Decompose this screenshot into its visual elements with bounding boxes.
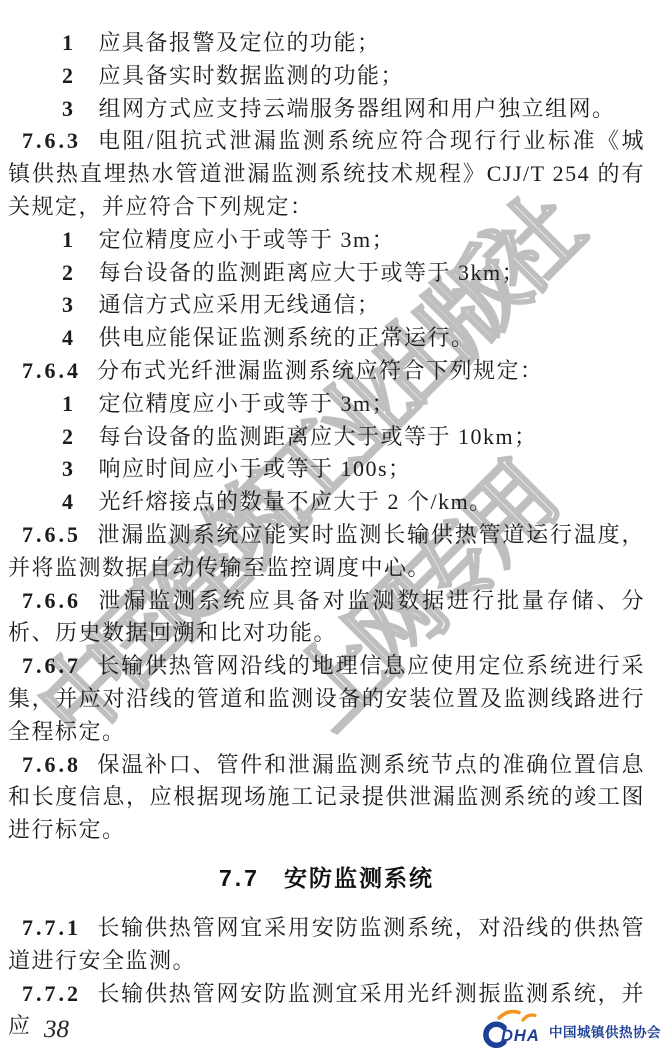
clause-paragraph: 7.6.5泄漏监测系统应能实时监测长输供热管道运行温度，并将监测数据自动传输至监… [8, 519, 645, 585]
item-number: 1 [62, 30, 75, 55]
list-item: 4供电应能保证监测系统的正常运行。 [8, 322, 645, 355]
paragraph-text: 分布式光纤泄漏监测系统应符合下列规定： [97, 358, 544, 383]
paragraph-text: 组网方式应支持云端服务器组网和用户独立组网。 [99, 96, 616, 121]
list-item: 4光纤熔接点的数量不应大于 2 个/km。 [8, 486, 645, 519]
list-item: 2每台设备的监测距离应大于或等于 10km； [8, 421, 645, 454]
clause-paragraph: 7.6.4分布式光纤泄漏监测系统应符合下列规定： [8, 355, 645, 388]
paragraph-text: 长输供热管网沿线的地理信息应使用定位系统进行采集，并应对沿线的管道和监测设备的安… [8, 653, 645, 744]
clause-number: 7.7.1 [22, 915, 81, 940]
item-number: 1 [62, 227, 75, 252]
association-logo: DHA 中国城镇供热协会 [481, 1008, 661, 1050]
paragraph-text: 应具备报警及定位的功能； [99, 30, 381, 55]
scanned-standard-page: { "watermarks": [ { "text": "中国建筑工业出版社" … [0, 0, 667, 1058]
list-item: 1定位精度应小于或等于 3m； [8, 224, 645, 257]
logo-signal-arc-large [499, 1012, 519, 1018]
clause-number: 7.6.6 [22, 588, 81, 613]
clause-number: 7.6.4 [22, 358, 81, 383]
paragraph-text: 保温补口、管件和泄漏监测系统节点的准确位置信息和长度信息，应根据现场施工记录提供… [8, 752, 645, 843]
section-title: 安防监测系统 [284, 865, 434, 891]
paragraph-text: 响应时间应小于或等于 100s； [99, 456, 412, 481]
clause-paragraph: 7.6.7长输供热管网沿线的地理信息应使用定位系统进行采集，并应对沿线的管道和监… [8, 650, 645, 748]
list-item: 1应具备报警及定位的功能； [8, 27, 645, 60]
clause-number: 7.6.8 [22, 752, 81, 777]
item-number: 4 [62, 489, 75, 514]
dha-logo-icon: DHA [481, 1008, 545, 1050]
section-number: 7.7 [219, 865, 260, 891]
clause-number: 7.6.5 [22, 522, 81, 547]
list-item: 3组网方式应支持云端服务器组网和用户独立组网。 [8, 93, 645, 126]
item-number: 2 [62, 63, 75, 88]
item-number: 1 [62, 391, 75, 416]
paragraph-text: 每台设备的监测距离应大于或等于 3km； [99, 260, 526, 285]
list-item: 2应具备实时数据监测的功能； [8, 60, 645, 93]
paragraph-text: 电阻/阻抗式泄漏监测系统应符合现行行业标准《城镇供热直埋热水管道泄漏监测系统技术… [8, 128, 645, 219]
paragraph-text: 每台设备的监测距离应大于或等于 10km； [99, 424, 538, 449]
paragraph-text: 光纤熔接点的数量不应大于 2 个/km。 [99, 489, 493, 514]
clause-number: 7.7.2 [22, 981, 81, 1006]
item-number: 3 [62, 96, 75, 121]
association-name: 中国城镇供热协会 [549, 1021, 661, 1050]
list-item: 1定位精度应小于或等于 3m； [8, 388, 645, 421]
clause-paragraph: 7.7.1长输供热管网宜采用安防监测系统，对沿线的供热管道进行安全监测。 [8, 912, 645, 978]
page-number: 38 [44, 1016, 69, 1044]
item-number: 4 [62, 325, 75, 350]
item-number: 3 [62, 292, 75, 317]
logo-acronym: DHA [501, 1027, 540, 1045]
document-body: 1应具备报警及定位的功能；2应具备实时数据监测的功能；3组网方式应支持云端服务器… [0, 0, 667, 1043]
paragraph-text: 长输供热管网宜采用安防监测系统，对沿线的供热管道进行安全监测。 [8, 915, 645, 973]
list-item: 3通信方式应采用无线通信； [8, 289, 645, 322]
clause-paragraph: 7.6.6泄漏监测系统应具备对监测数据进行批量存储、分析、历史数据回溯和比对功能… [8, 585, 645, 651]
paragraph-text: 泄漏监测系统应具备对监测数据进行批量存储、分析、历史数据回溯和比对功能。 [8, 588, 645, 646]
item-number: 2 [62, 424, 75, 449]
list-item: 2每台设备的监测距离应大于或等于 3km； [8, 257, 645, 290]
section-heading: 7.7安防监测系统 [8, 861, 645, 895]
paragraph-text: 定位精度应小于或等于 3m； [99, 391, 396, 416]
item-number: 3 [62, 456, 75, 481]
paragraph-text: 供电应能保证监测系统的正常运行。 [99, 325, 475, 350]
paragraph-text: 应具备实时数据监测的功能； [99, 63, 405, 88]
clause-number: 7.6.3 [22, 128, 81, 153]
item-number: 2 [62, 260, 75, 285]
clause-paragraph: 7.6.3电阻/阻抗式泄漏监测系统应符合现行行业标准《城镇供热直埋热水管道泄漏监… [8, 125, 645, 223]
clause-paragraph: 7.6.8保温补口、管件和泄漏监测系统节点的准确位置信息和长度信息，应根据现场施… [8, 749, 645, 847]
paragraph-text: 泄漏监测系统应能实时监测长输供热管道运行温度，并将监测数据自动传输至监控调度中心… [8, 522, 645, 580]
paragraph-text: 通信方式应采用无线通信； [99, 292, 381, 317]
logo-signal-arc-small [523, 1015, 535, 1020]
clause-number: 7.6.7 [22, 653, 81, 678]
paragraph-text: 定位精度应小于或等于 3m； [99, 227, 396, 252]
list-item: 3响应时间应小于或等于 100s； [8, 453, 645, 486]
